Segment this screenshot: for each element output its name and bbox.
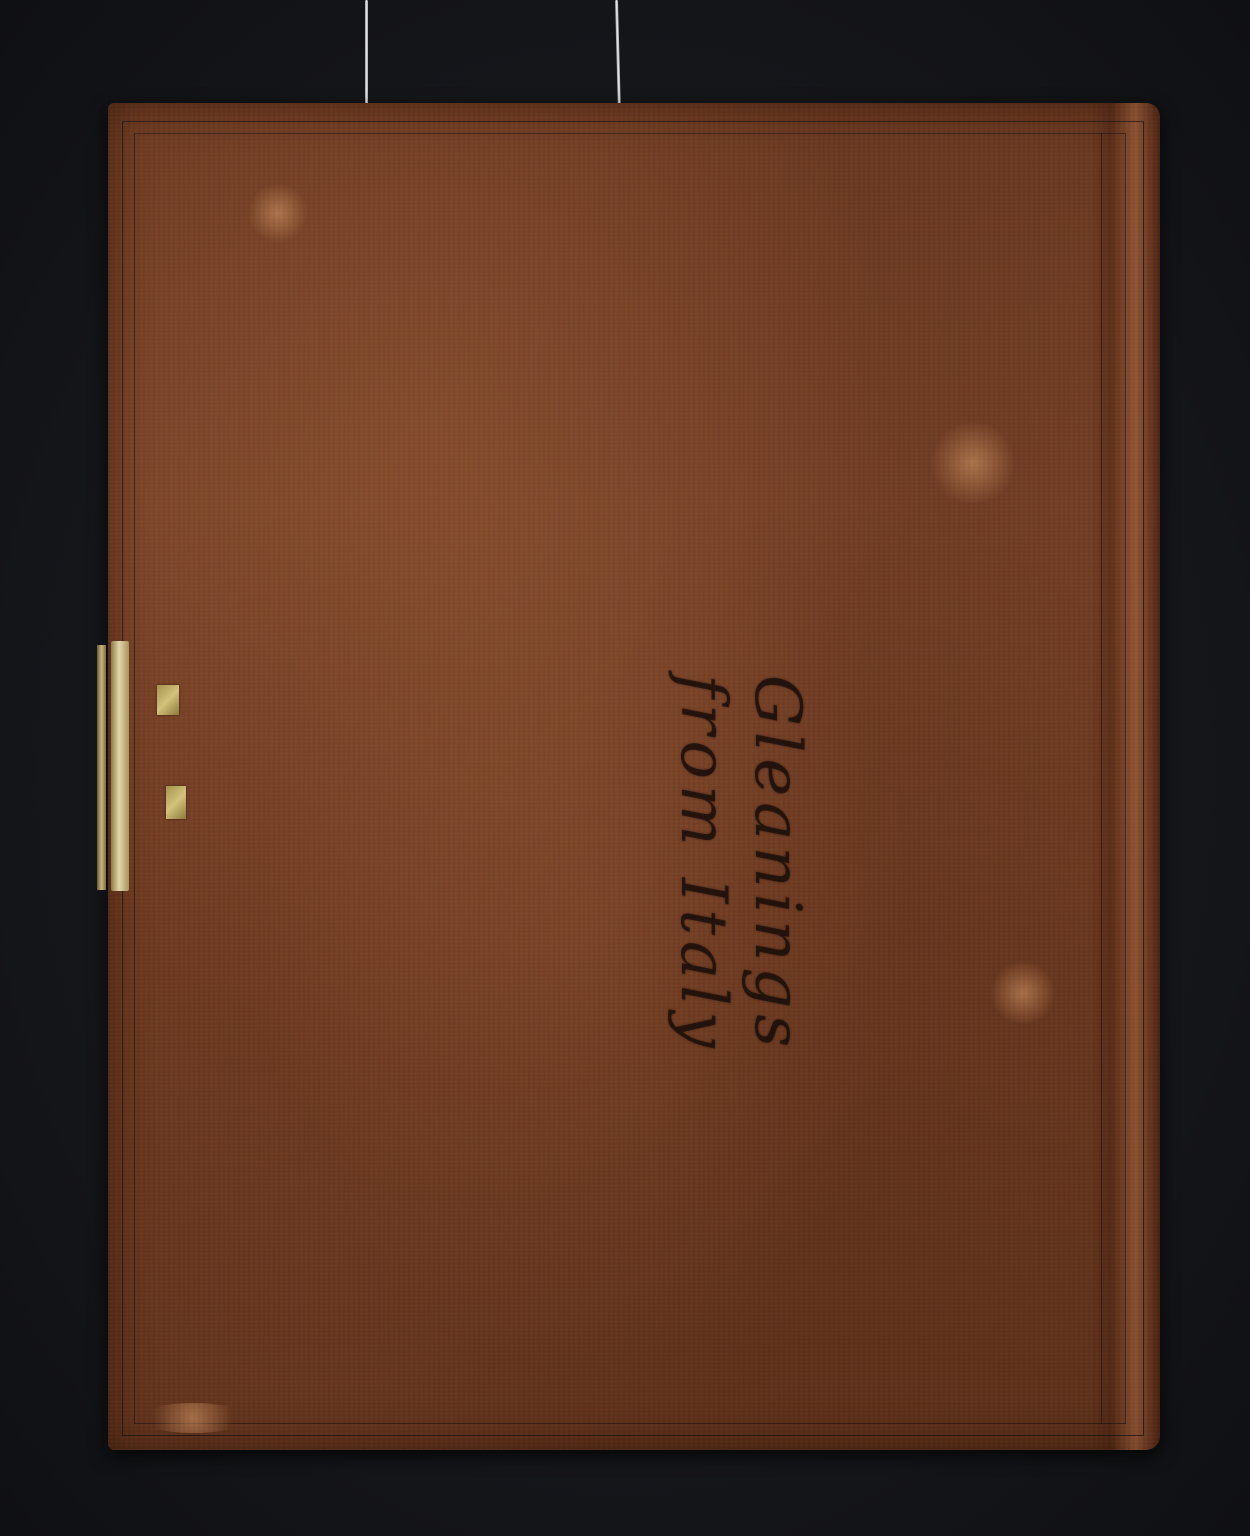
brass-stud	[157, 685, 179, 715]
wear-spot	[138, 1403, 248, 1433]
handwritten-inscription: Gleanings from Italy	[666, 584, 814, 1144]
clasp-plate	[111, 641, 129, 891]
tooled-border-inner	[134, 133, 1126, 1424]
notebook-cover	[108, 103, 1160, 1450]
brass-clasp	[97, 637, 133, 893]
tooled-border-spine-line	[1101, 133, 1102, 1424]
wear-spot	[928, 423, 1018, 503]
clasp-strip	[97, 645, 106, 890]
wear-spot	[248, 183, 308, 243]
wear-spot	[988, 963, 1058, 1023]
brass-stud	[166, 786, 186, 819]
